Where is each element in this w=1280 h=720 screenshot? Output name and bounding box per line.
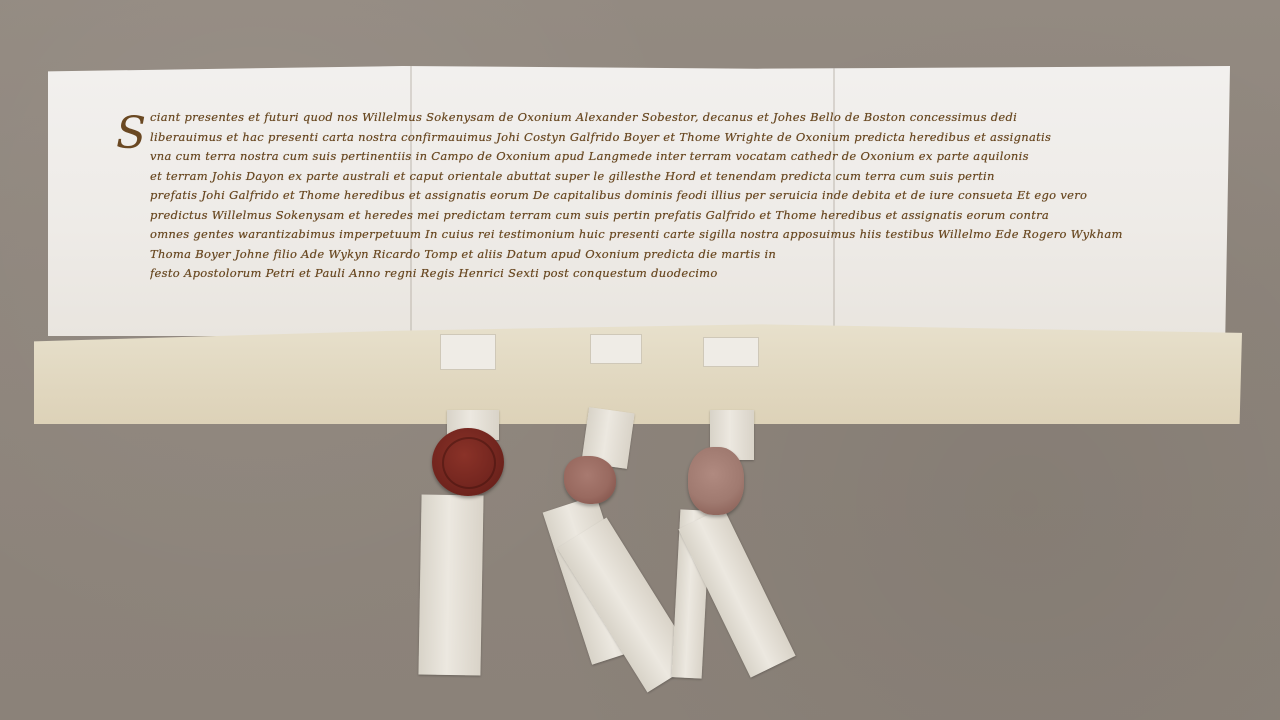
text-line: et terram Johis Dayon ex parte australi … — [150, 167, 1210, 187]
text-line: predictus Willelmus Sokenysam et heredes… — [150, 206, 1210, 226]
text-line: festo Apostolorum Petri et Pauli Anno re… — [150, 264, 870, 284]
text-line: omnes gentes warantizabimus imperpetuum … — [150, 225, 1210, 245]
seal-slit — [440, 334, 496, 370]
seal-impression — [442, 437, 496, 489]
text-line: prefatis Johi Galfrido et Thome heredibu… — [150, 186, 1210, 206]
text-line: ciant presentes et futuri quod nos Wille… — [150, 108, 1210, 128]
wax-seal-2 — [564, 456, 616, 504]
seal-tag — [418, 494, 483, 675]
seal-slit — [590, 334, 642, 364]
wax-seal-3 — [688, 447, 744, 515]
text-line: Thoma Boyer Johne filio Ade Wykyn Ricard… — [150, 245, 930, 265]
text-line: vna cum terra nostra cum suis pertinenti… — [150, 147, 1210, 167]
seal-slit — [703, 337, 759, 367]
decorated-initial: S — [116, 112, 146, 156]
text-line: liberauimus et hac presenti carta nostra… — [150, 128, 1210, 148]
charter-text: ciant presentes et futuri quod nos Wille… — [150, 108, 1210, 284]
